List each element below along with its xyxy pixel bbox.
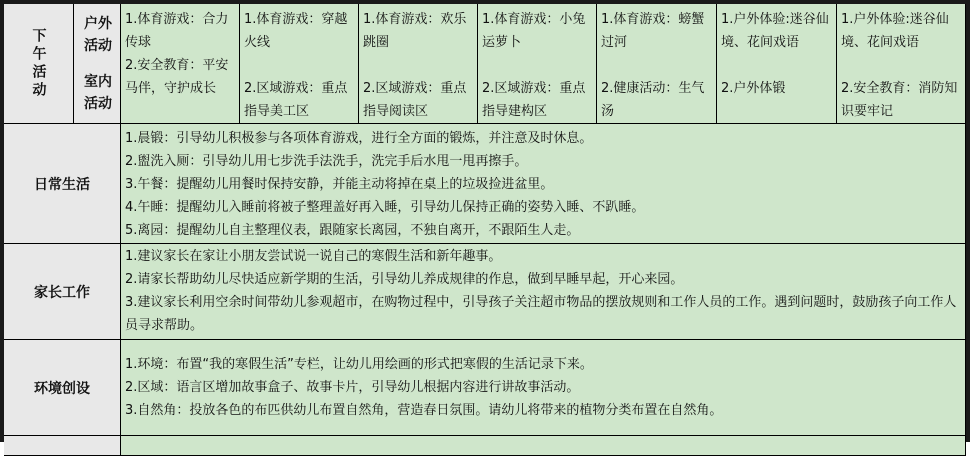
day-3-activity-a: 1.体育游戏：欢乐跳圈 — [363, 8, 472, 54]
next-row-content-cell[interactable] — [121, 436, 966, 442]
afternoon-label-cell[interactable]: 下午活动 — [4, 4, 74, 124]
day-2-activity-b: 2.区域游戏：重点指导美工区 — [244, 77, 353, 123]
environment-label-cell[interactable]: 环境创设 — [4, 340, 121, 436]
day-2-activity-a: 1.体育游戏：穿越火线 — [244, 8, 353, 54]
afternoon-day-2[interactable]: 1.体育游戏：穿越火线 2.区域游戏：重点指导美工区 — [240, 4, 359, 124]
parent-work-item-2: 2.请家长帮助幼儿尽快适应新学期的生活，引导幼儿养成规律的作息，做到早睡早起，开… — [125, 268, 959, 291]
afternoon-day-6[interactable]: 1.户外体验:迷谷仙境、花间戏语 2.户外体锻 — [717, 4, 837, 124]
afternoon-sub-label-cell[interactable]: 户外 活动 室内 活动 — [74, 4, 121, 124]
daily-life-item-3: 3.午餐：提醒幼儿用餐时保持安静，并能主动将掉在桌上的垃圾捡进盆里。 — [125, 173, 959, 196]
parent-work-content[interactable]: 1.建议家长在家让小朋友尝试说一说自己的寒假生活和新年趣事。 2.请家长帮助幼儿… — [121, 244, 966, 340]
daily-life-item-1: 1.晨锻：引导幼儿积极参与各项体育游戏，进行全方面的锻炼，并注意及时休息。 — [125, 127, 959, 150]
day-1-activity-a: 1.体育游戏：合力传球 — [125, 8, 234, 54]
afternoon-label: 下午活动 — [29, 28, 49, 100]
parent-work-item-1: 1.建议家长在家让小朋友尝试说一说自己的寒假生活和新年趣事。 — [125, 245, 959, 268]
day-6-activity-b: 2.户外体锻 — [721, 77, 831, 100]
parent-work-item-3: 3.建议家长利用空余时间带幼儿参观超市，在购物过程中，引导孩子关注超市物品的摆放… — [125, 291, 959, 337]
daily-life-content[interactable]: 1.晨锻：引导幼儿积极参与各项体育游戏，进行全方面的锻炼，并注意及时休息。 2.… — [121, 124, 966, 244]
sub-indoor-2: 活动 — [84, 93, 112, 115]
daily-life-item-5: 5.离园：提醒幼儿自主整理仪表，跟随家长离园，不独自离开，不跟陌生人走。 — [125, 219, 959, 242]
afternoon-day-4[interactable]: 1.体育游戏：小兔运萝卜 2.区域游戏：重点指导建构区 — [478, 4, 597, 124]
daily-life-item-2: 2.盥洗入厕：引导幼儿用七步洗手法洗手，洗完手后水甩一甩再擦手。 — [125, 150, 959, 173]
parent-work-label-cell[interactable]: 家长工作 — [4, 244, 121, 340]
environment-item-2: 2.区域：语言区增加故事盒子、故事卡片，引导幼儿根据内容进行讲故事活动。 — [125, 376, 959, 399]
day-3-activity-b: 2.区域游戏：重点指导阅读区 — [363, 77, 472, 123]
environment-item-3: 3.自然角：投放各色的布匹供幼儿布置自然角，营造春日氛围。请幼儿将带来的植物分类… — [125, 399, 959, 422]
parent-work-label: 家长工作 — [34, 282, 90, 302]
schedule-table: 下午活动 户外 活动 室内 活动 1.体育游戏：合力传球 2.安全教育：平安马伴… — [4, 4, 966, 442]
sub-indoor-1: 室内 — [84, 71, 112, 93]
day-6-activity-a: 1.户外体验:迷谷仙境、花间戏语 — [721, 8, 831, 54]
daily-life-item-4: 4.午睡：提醒幼儿入睡前将被子整理盖好再入睡，引导幼儿保持正确的姿势入睡、不趴睡… — [125, 196, 959, 219]
afternoon-day-1[interactable]: 1.体育游戏：合力传球 2.安全教育：平安马伴，守护成长 — [121, 4, 240, 124]
day-7-activity-a: 1.户外体验:迷谷仙境、花间戏语 — [841, 8, 960, 54]
schedule-sheet: 下午活动 户外 活动 室内 活动 1.体育游戏：合力传球 2.安全教育：平安马伴… — [0, 0, 970, 442]
environment-label: 环境创设 — [34, 378, 90, 398]
day-4-activity-b: 2.区域游戏：重点指导建构区 — [482, 77, 591, 123]
daily-life-label-cell[interactable]: 日常生活 — [4, 124, 121, 244]
sub-outdoor-2: 活动 — [84, 35, 112, 57]
day-5-activity-b: 2.健康活动：生气汤 — [601, 77, 711, 123]
day-1-activity-b: 2.安全教育：平安马伴，守护成长 — [125, 54, 234, 100]
afternoon-day-5[interactable]: 1.体育游戏：螃蟹过河 2.健康活动：生气汤 — [597, 4, 717, 124]
day-4-activity-a: 1.体育游戏：小兔运萝卜 — [482, 8, 591, 54]
environment-content[interactable]: 1.环境：布置“我的寒假生活”专栏，让幼儿用绘画的形式把寒假的生活记录下来。 2… — [121, 340, 966, 436]
afternoon-day-7[interactable]: 1.户外体验:迷谷仙境、花间戏语 2.安全教育：消防知识要牢记 — [837, 4, 966, 124]
daily-life-label: 日常生活 — [34, 174, 90, 194]
environment-item-1: 1.环境：布置“我的寒假生活”专栏，让幼儿用绘画的形式把寒假的生活记录下来。 — [125, 353, 959, 376]
afternoon-day-3[interactable]: 1.体育游戏：欢乐跳圈 2.区域游戏：重点指导阅读区 — [359, 4, 478, 124]
sub-outdoor-1: 户外 — [84, 13, 112, 35]
day-7-activity-b: 2.安全教育：消防知识要牢记 — [841, 77, 960, 123]
next-row-label-cell[interactable] — [4, 436, 121, 442]
day-5-activity-a: 1.体育游戏：螃蟹过河 — [601, 8, 711, 54]
